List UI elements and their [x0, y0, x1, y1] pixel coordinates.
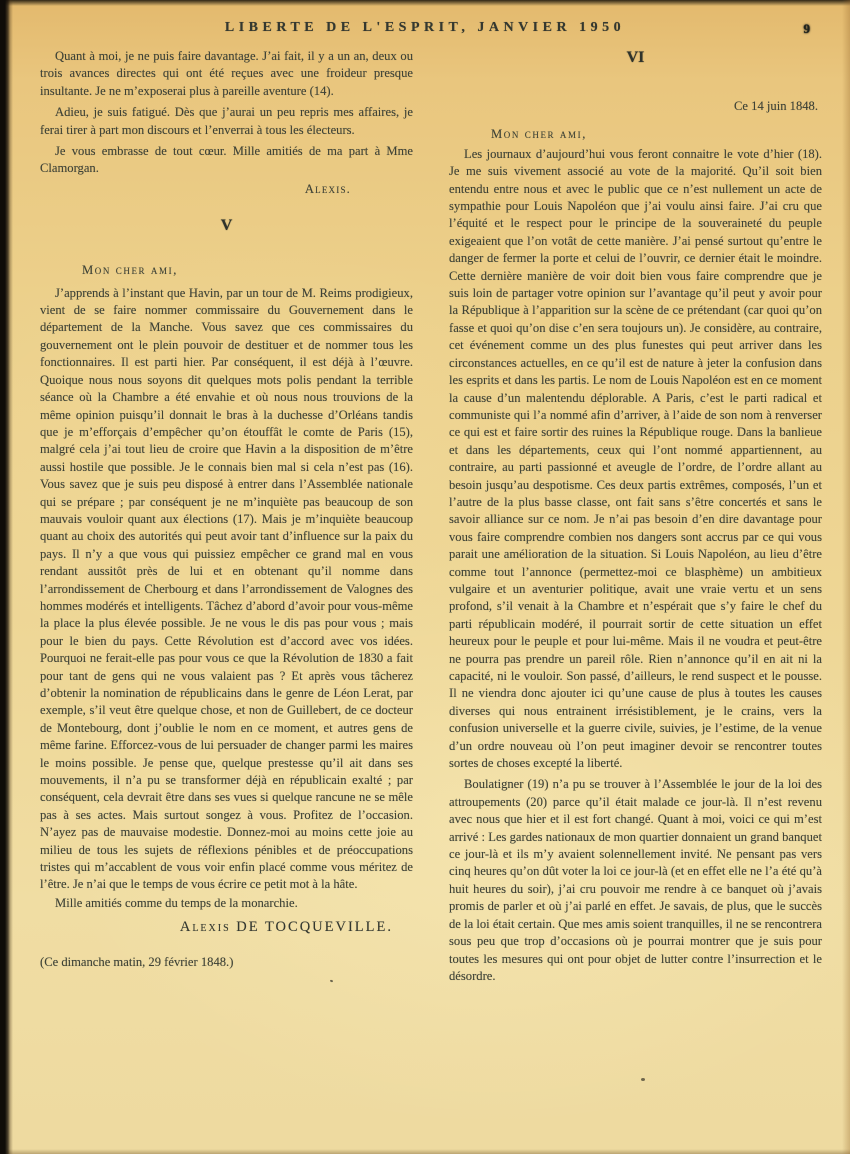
letter-v-signature: Alexis DE TOCQUEVILLE. [40, 919, 413, 936]
ink-speck [641, 1078, 645, 1081]
running-header: LIBERTE DE L'ESPRIT, JANVIER 1950 [60, 20, 790, 36]
letter-iv-paragraph-3: Je vous embrasse de tout cœur. Mille ami… [40, 143, 413, 178]
column-left: Quant à moi, je ne puis faire davantage.… [40, 48, 413, 985]
section-heading-vi: VI [449, 49, 822, 67]
letter-iv-paragraph-1: Quant à moi, je ne puis faire davantage.… [40, 48, 413, 100]
scan-edge-bottom [0, 1149, 850, 1154]
page-number: 9 [804, 21, 811, 37]
scanned-book-page: LIBERTE DE L'ESPRIT, JANVIER 1950 9 Quan… [0, 0, 850, 1154]
letter-iv-signature: Alexis. [40, 181, 413, 198]
letter-v-closing: Mille amitiés comme du temps de la monar… [40, 895, 413, 912]
text-columns: Quant à moi, je ne puis faire davantage.… [40, 48, 822, 985]
column-right: VI Ce 14 juin 1848. Mon cher ami, Les jo… [449, 48, 822, 985]
letter-vi-date: Ce 14 juin 1848. [449, 98, 822, 115]
letter-v-salutation: Mon cher ami, [40, 262, 413, 279]
letter-vi-paragraph-1: Les journaux d’aujourd’hui vous feront c… [449, 146, 822, 773]
letter-vi-salutation: Mon cher ami, [449, 126, 822, 143]
scan-edge-right [842, 0, 850, 1154]
scan-edge-top [0, 0, 850, 6]
letter-v-dateline: (Ce dimanche matin, 29 février 1848.) [40, 954, 413, 971]
letter-v-body: J’apprends à l’instant que Havin, par un… [40, 285, 413, 894]
letter-vi-paragraph-2: Boulatigner (19) n’a pu se trouver à l’A… [449, 776, 822, 985]
letter-iv-paragraph-2: Adieu, je suis fatigué. Dès que j’aurai … [40, 104, 413, 139]
scan-edge-left [0, 0, 13, 1154]
section-heading-v: V [40, 217, 413, 235]
